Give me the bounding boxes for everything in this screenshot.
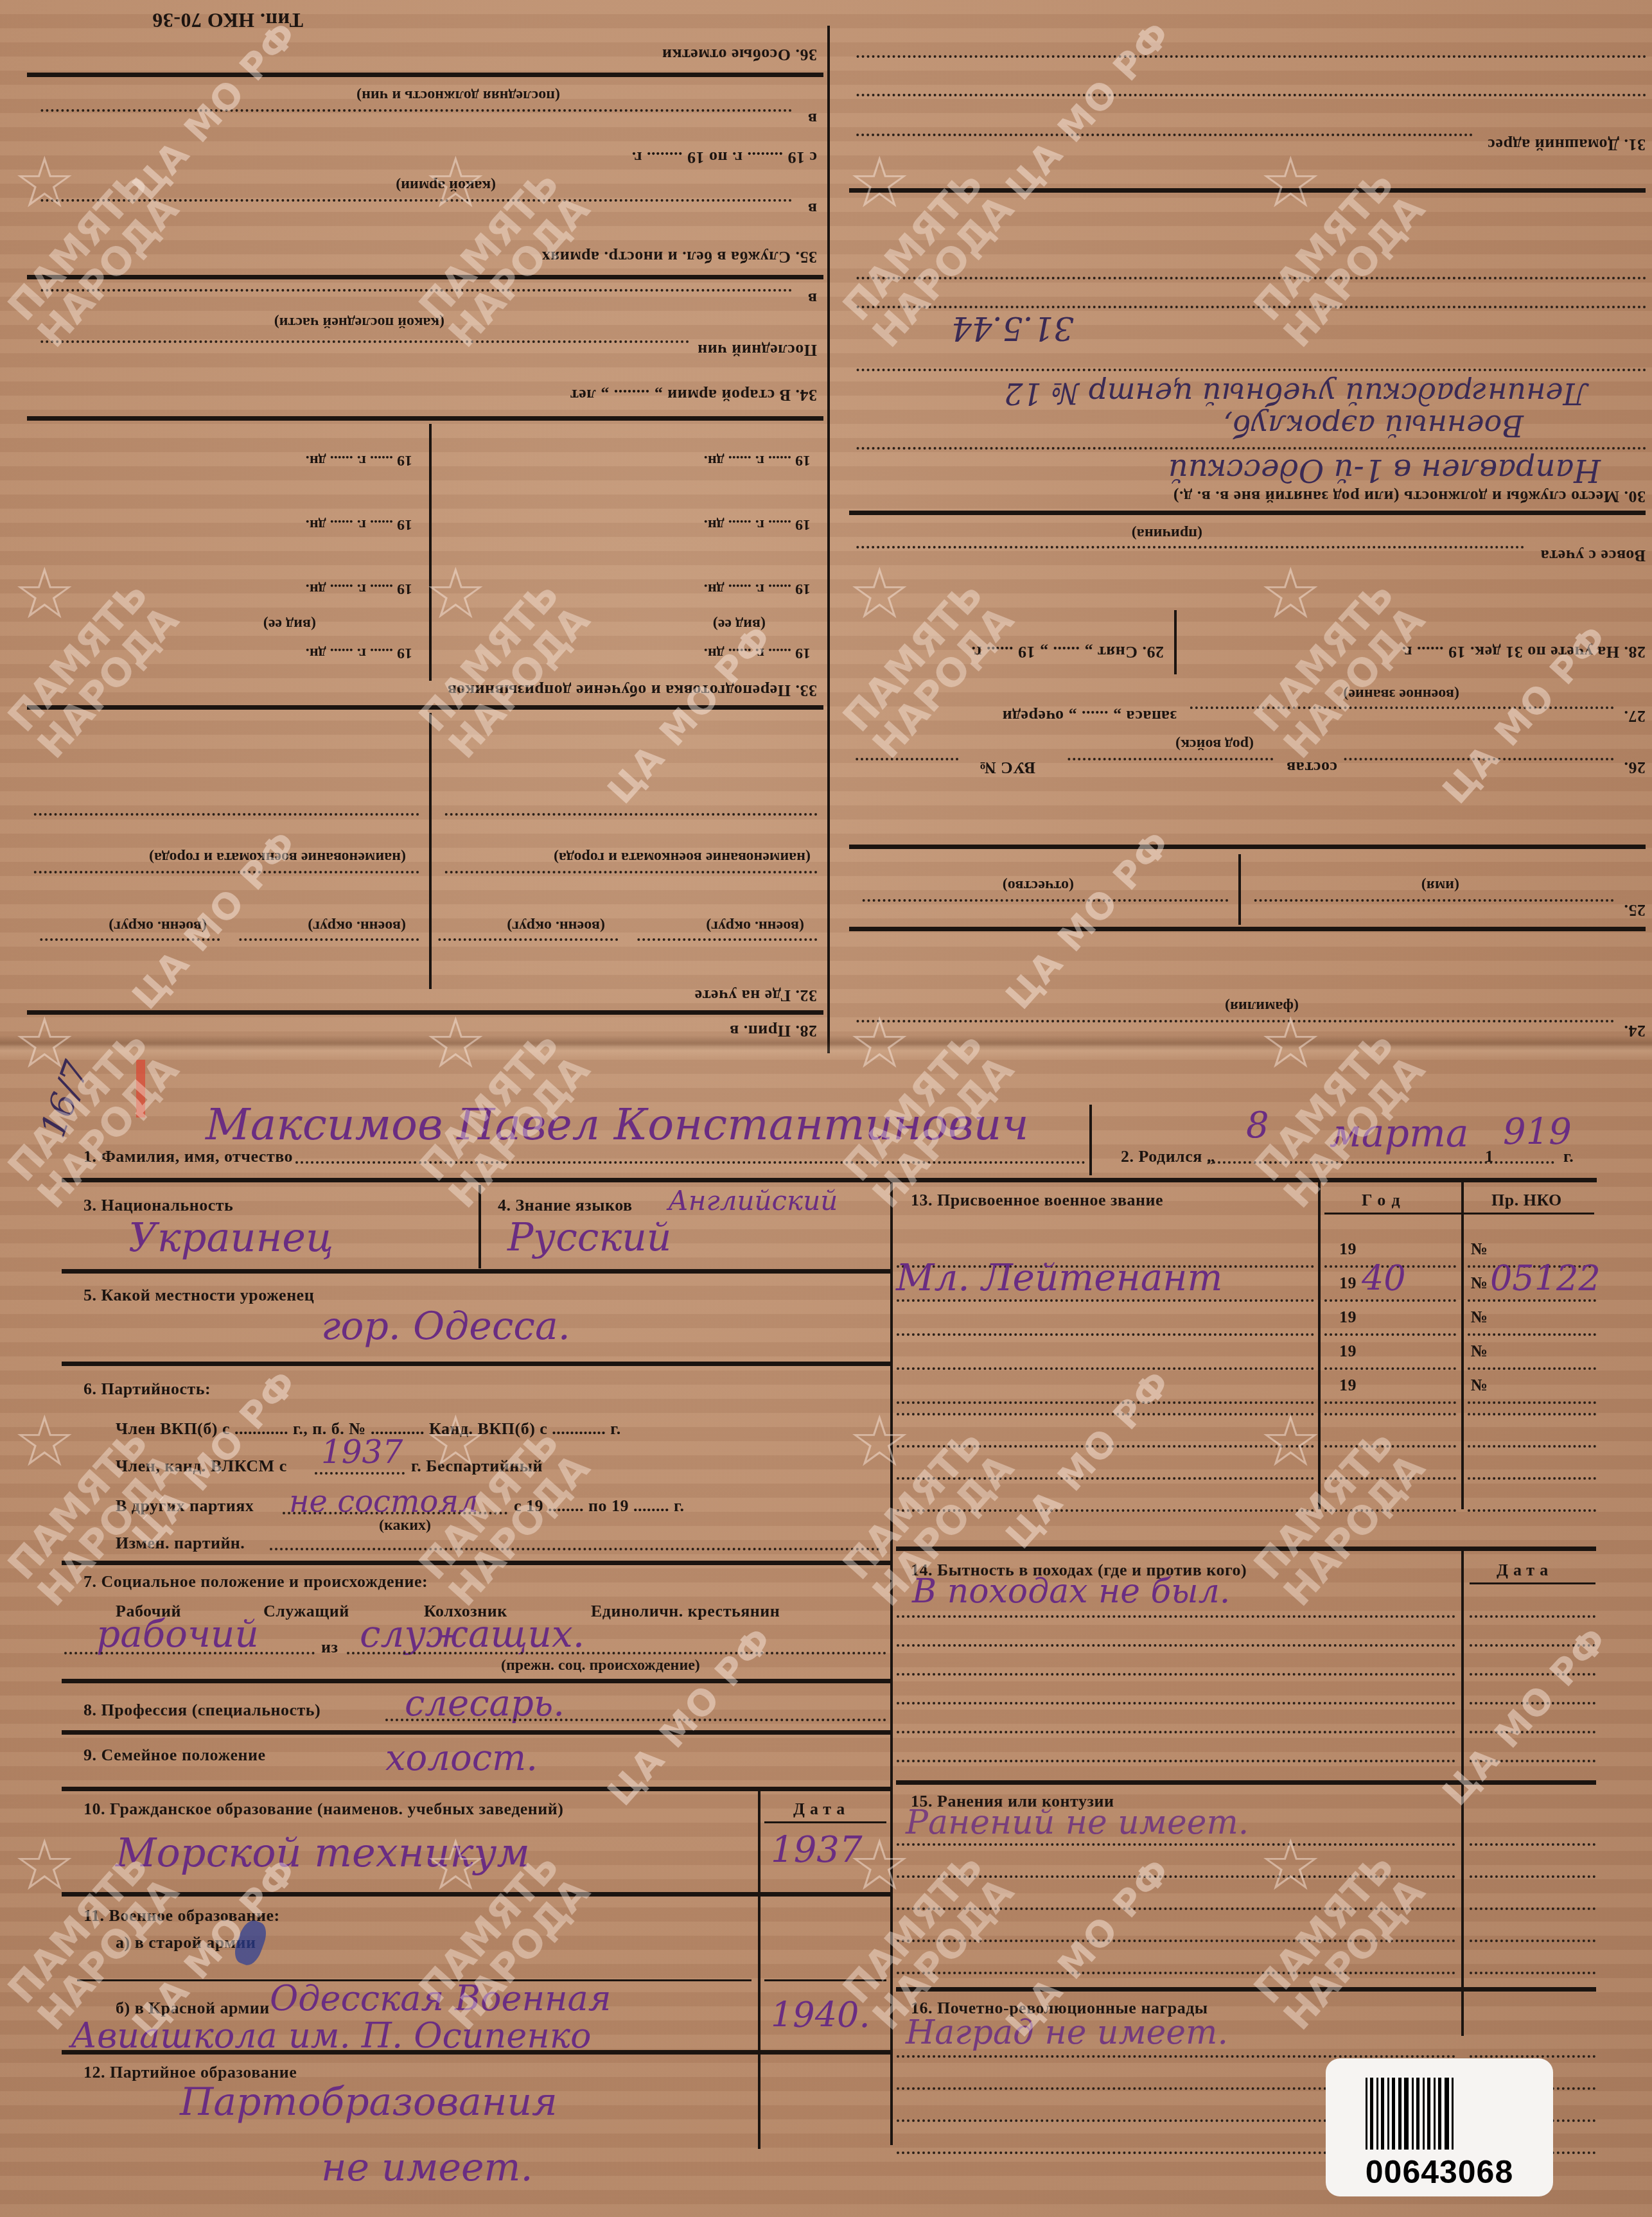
- s4-value-top: Английский: [668, 1185, 838, 1216]
- s34-label: 34. В старой армии „ ........ „ лет: [570, 385, 817, 405]
- star-icon: ☆: [848, 1824, 911, 1906]
- s9-value: холост.: [385, 1737, 538, 1779]
- s13-order-prefix: №: [1471, 1376, 1488, 1395]
- s32-district-label-1: (военн. округ): [706, 917, 804, 934]
- s35-period: с 19 ........ г. по 19 ........ г.: [631, 148, 817, 167]
- s5-value: гор. Одесса.: [321, 1304, 570, 1349]
- s9-label: 9. Семейное положение: [83, 1746, 266, 1765]
- s35-label: 35. Служба в бел. и иностр. армиях: [541, 247, 817, 267]
- star-icon: ☆: [1259, 141, 1322, 223]
- s32-district-label-3: (военн. округ): [308, 917, 406, 934]
- s30-handwritten-2: Военный аэроклуб,: [1223, 408, 1524, 443]
- s33-row: 19 ...... г. ...... дн.: [306, 580, 412, 597]
- s13-order-header: Пр. НКО: [1491, 1191, 1562, 1210]
- s33-row: 19 ...... г. ...... дн.: [306, 516, 412, 533]
- s26-label: 26.: [1624, 758, 1646, 777]
- s6-which-label: (каких): [379, 1517, 431, 1534]
- s12-value-2: не имеет.: [321, 2145, 532, 2190]
- s33-row: 19 ...... г. ...... дн.: [306, 451, 412, 469]
- s34-last-rank-label: Последний чин: [698, 340, 817, 360]
- removed-reason-label: (причина): [1132, 525, 1202, 542]
- s25-name-label: (имя): [1421, 877, 1459, 894]
- s7-label: 7. Социальное положение и происхождение:: [83, 1572, 428, 1591]
- s25-patronymic-label: (отчество): [1003, 877, 1074, 894]
- removed-label: Вовсе с учета: [1540, 546, 1646, 565]
- s33-row: 19 ...... г. ...... дн.: [704, 516, 811, 533]
- s2-suffix: г.: [1563, 1147, 1574, 1166]
- star-icon: ☆: [13, 1002, 76, 1084]
- s30-date: 31.5.44: [951, 310, 1074, 347]
- star-icon: ☆: [424, 141, 488, 223]
- s6-label: 6. Партийность:: [83, 1380, 211, 1399]
- s27-reserve: запаса „ ...... „ очереди: [1002, 706, 1177, 726]
- s25-label: 25.: [1624, 900, 1646, 920]
- star-icon: ☆: [13, 1824, 76, 1906]
- s13-rank-value: Мл. Лейтенант: [896, 1256, 1223, 1299]
- star-icon: ☆: [424, 1824, 488, 1906]
- s13-order-prefix: №: [1471, 1274, 1488, 1293]
- s33-row: 19 ...... г. ...... дн.: [704, 451, 811, 469]
- s36-label: 36. Особые отметки: [662, 45, 817, 64]
- s32-commissariat-label-1: (наименование военкомата и города): [554, 848, 811, 866]
- s2-label: 2. Родился „: [1121, 1147, 1215, 1166]
- barcode-label: 00643068: [1326, 2058, 1553, 2196]
- star-icon: ☆: [424, 552, 488, 635]
- s7-value: рабочий: [96, 1612, 259, 1656]
- star-icon: ☆: [1259, 1400, 1322, 1482]
- s26-branch-label: (род войск): [1175, 735, 1254, 753]
- s13-order-prefix: №: [1471, 1240, 1488, 1259]
- s35-prefix: в: [807, 199, 817, 218]
- s32-label: 32. Где на учете: [694, 986, 817, 1005]
- s3-value: Украинец: [128, 1214, 333, 1261]
- s7-origin: служащих.: [360, 1612, 584, 1656]
- s26-vus: ВУС №: [979, 758, 1035, 777]
- s10-label: 10. Гражданское образование (наименов. у…: [83, 1800, 563, 1819]
- s30-handwritten-3: Ленинградский учебный центр № 12: [1004, 376, 1588, 411]
- s7-from-label: из: [321, 1638, 338, 1657]
- s8-label: 8. Профессия (специальность): [83, 1701, 321, 1720]
- s4-label: 4. Знание языков: [498, 1196, 633, 1215]
- star-icon: ☆: [424, 1400, 488, 1482]
- s14-value: В походах не был.: [912, 1572, 1230, 1611]
- s31-label: 31. Домашний адрес: [1488, 135, 1646, 154]
- s12-value-1: Партобразования: [180, 2080, 558, 2125]
- barcode-number: 00643068: [1326, 2153, 1553, 2191]
- s13-year-value: 40: [1362, 1258, 1406, 1299]
- star-icon: ☆: [13, 1400, 76, 1482]
- s10-date-header: Дата: [793, 1800, 850, 1819]
- star-icon: ☆: [848, 1400, 911, 1482]
- star-icon: ☆: [1259, 552, 1322, 635]
- star-icon: ☆: [1259, 1824, 1322, 1906]
- s4-value: Русский: [507, 1215, 672, 1260]
- s13-year-prefix: 19: [1339, 1376, 1357, 1395]
- s34-last-unit-label: (какой последней части): [274, 313, 444, 331]
- s32-district-label-2: (военн. округ): [507, 917, 605, 934]
- s33-row: 19 ...... г. ...... дн.: [704, 580, 811, 597]
- s5-label: 5. Какой местности уроженец: [83, 1286, 314, 1305]
- star-icon: ☆: [424, 1002, 488, 1084]
- s13-year-header: Год: [1362, 1191, 1407, 1210]
- s33-kind-right: (вид ее): [263, 615, 316, 633]
- s33-row: 19 ...... г. ...... дн.: [306, 644, 412, 662]
- s7-origin-label: (прежн. соц. происхождение): [501, 1657, 700, 1674]
- s16-value: Наград не имеет.: [906, 2013, 1228, 2052]
- s13-year-prefix: 19: [1339, 1274, 1357, 1293]
- s30-handwritten-1: Направлен в 1-й Одесский: [1168, 452, 1601, 488]
- star-icon: ☆: [1259, 1002, 1322, 1084]
- s6-komsomol-year: 1937: [321, 1433, 403, 1471]
- s30-label: 30. Место службы и должность (или род за…: [1173, 487, 1646, 506]
- star-icon: ☆: [13, 552, 76, 635]
- star-icon: ☆: [848, 141, 911, 223]
- s35-position-label: (последняя должность и чин): [356, 87, 560, 104]
- star-icon: ☆: [13, 141, 76, 223]
- s35-prefix-2: в: [807, 109, 817, 128]
- s13-order-prefix: №: [1471, 1342, 1488, 1361]
- s13-year-prefix: 19: [1339, 1240, 1357, 1259]
- s13-year-prefix: 19: [1339, 1308, 1357, 1327]
- s13-label: 13. Присвоенное военное звание: [911, 1191, 1163, 1210]
- s7-option-employee: Служащий: [263, 1602, 349, 1621]
- s13-order-value: 05122: [1490, 1258, 1601, 1299]
- barcode-bars: [1366, 2078, 1515, 2150]
- s27-label: 27.: [1624, 706, 1646, 726]
- s13-order-prefix: №: [1471, 1308, 1488, 1327]
- star-icon: ☆: [848, 1002, 911, 1084]
- s3-label: 3. Национальность: [83, 1196, 233, 1215]
- s2-year: 919: [1503, 1111, 1572, 1153]
- s7-option-peasant: Единоличн. крестьянин: [591, 1602, 780, 1621]
- star-icon: ☆: [848, 552, 911, 635]
- s14-date-header: Дата: [1497, 1561, 1553, 1580]
- s15-value: Ранений не имеет.: [906, 1803, 1249, 1842]
- s13-year-prefix: 19: [1339, 1342, 1357, 1361]
- s34-prefix: в: [807, 289, 817, 308]
- column-divider: [827, 26, 830, 1053]
